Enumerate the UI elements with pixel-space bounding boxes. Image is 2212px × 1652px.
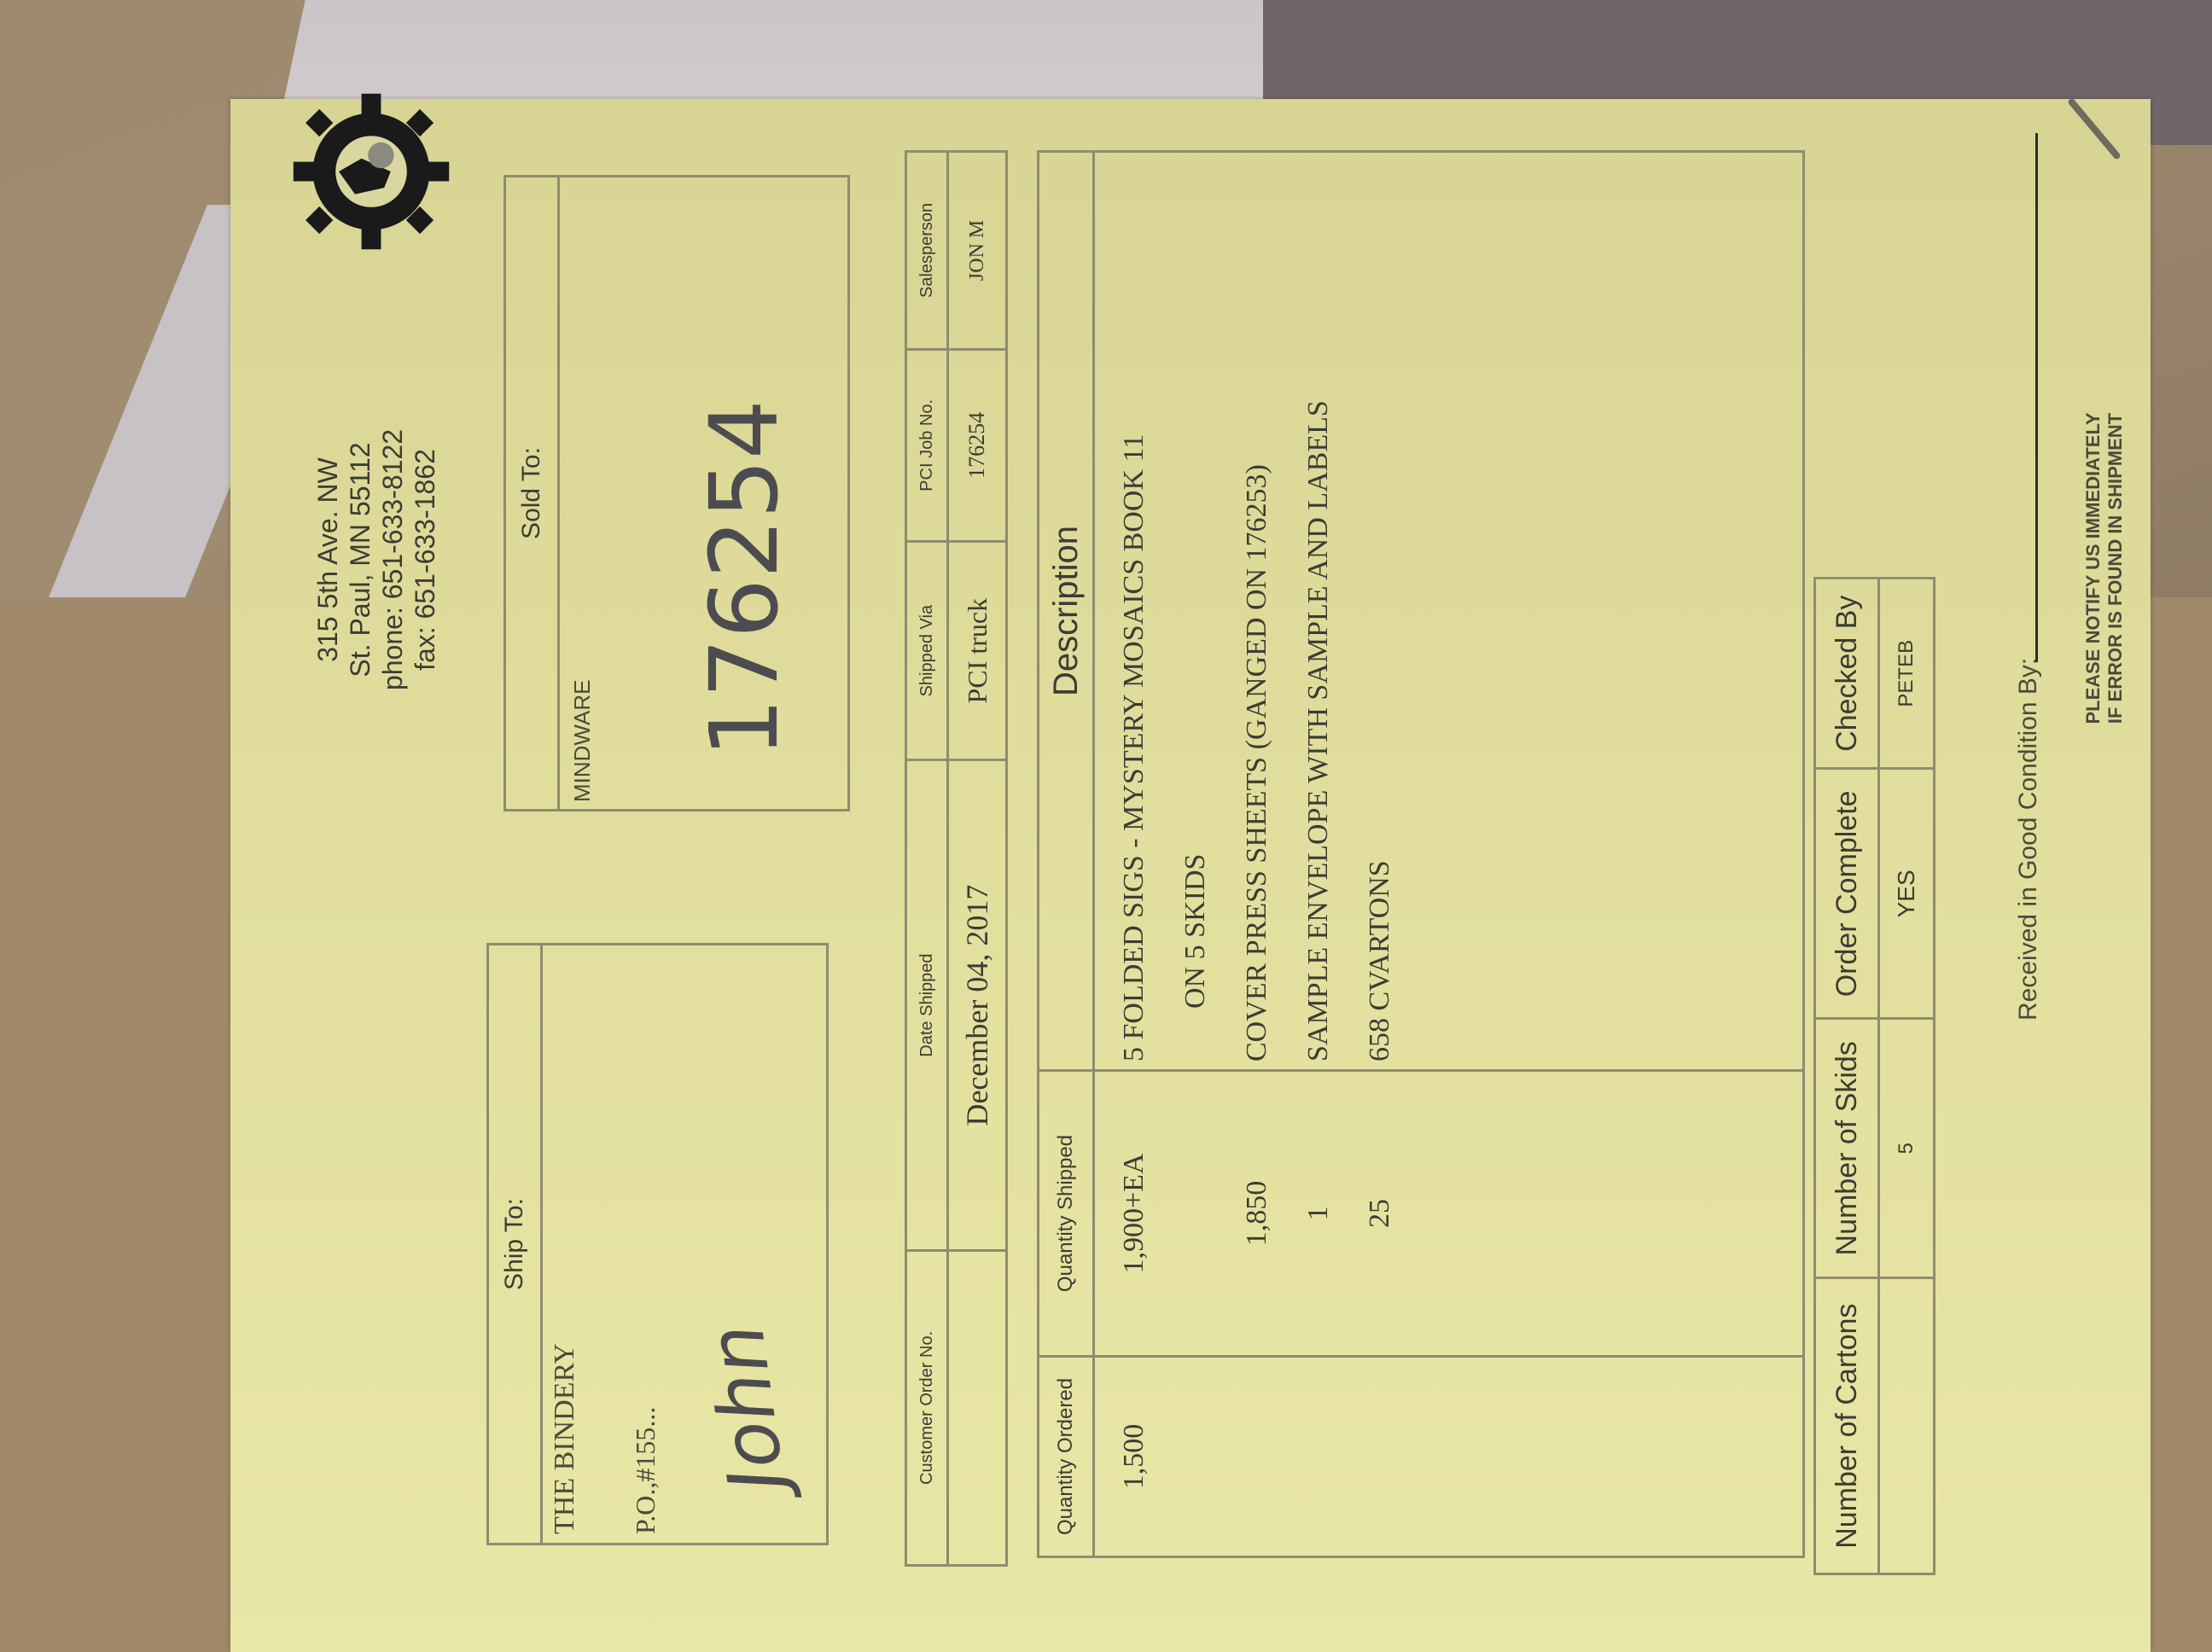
header-number-of-cartons: Number of Cartons bbox=[1815, 1278, 1879, 1574]
salesperson: JON M bbox=[948, 152, 1007, 350]
sold-to-label: Sold To: bbox=[506, 177, 560, 809]
shipped-via: PCI truck bbox=[948, 541, 1007, 759]
header-description: Description bbox=[1039, 152, 1094, 1071]
sold-to-name: MINDWARE bbox=[569, 680, 596, 802]
header-order-complete: Order Complete bbox=[1815, 769, 1879, 1019]
pci-job-no: 176254 bbox=[948, 349, 1007, 541]
qty-shipped-value bbox=[1165, 1073, 1226, 1354]
address-line: St. Paul, MN 55112 bbox=[344, 381, 376, 739]
qty-shipped-value: 25 bbox=[1349, 1073, 1411, 1354]
received-by-label: Received in Good Condition By: bbox=[2014, 658, 2043, 1021]
customer-order-no bbox=[948, 1250, 1007, 1565]
header-date-shipped: Date Shipped bbox=[906, 760, 948, 1250]
notice-line: PLEASE NOTIFY US IMMEDIATELY bbox=[2082, 355, 2104, 782]
description-line: 5 FOLDED SIGS - MYSTERY MOSAICS BOOK 11 bbox=[1103, 154, 1165, 1068]
description-column: 5 FOLDED SIGS - MYSTERY MOSAICS BOOK 11 … bbox=[1094, 152, 1804, 1071]
sold-to-box: Sold To: MINDWARE 176254 bbox=[504, 175, 850, 811]
error-notice: PLEASE NOTIFY US IMMEDIATELY IF ERROR IS… bbox=[2082, 355, 2127, 782]
header-number-of-skids: Number of Skids bbox=[1815, 1019, 1879, 1278]
description-line: 658 CVARTONS bbox=[1349, 154, 1411, 1068]
qty-shipped-value: 1,850 bbox=[1226, 1073, 1288, 1354]
gear-logo-icon bbox=[290, 90, 452, 253]
pen-mark bbox=[2067, 97, 2122, 160]
number-of-cartons bbox=[1879, 1278, 1935, 1574]
header-salesperson: Salesperson bbox=[906, 152, 948, 350]
qty-shipped-value: 1 bbox=[1288, 1073, 1349, 1354]
order-info-table: Customer Order No. Date Shipped Shipped … bbox=[905, 150, 1008, 1567]
header-quantity-ordered: Quantity Ordered bbox=[1039, 1357, 1094, 1557]
sold-to-handwriting: 176254 bbox=[690, 399, 799, 758]
line-items-table: Quantity Ordered Quantity Shipped Descri… bbox=[1037, 150, 1805, 1558]
ship-to-po: P.O.,#155... bbox=[630, 1407, 661, 1534]
ship-to-box: Ship To: THE BINDERY P.O.,#155... John bbox=[486, 943, 829, 1545]
packing-slip: 315 5th Ave. NW St. Paul, MN 55112 phone… bbox=[230, 99, 2151, 1652]
notice-line: IF ERROR IS FOUND IN SHIPMENT bbox=[2104, 355, 2127, 782]
description-line: COVER PRESS SHEETS (GANGED ON 176253) bbox=[1226, 154, 1288, 1068]
header-checked-by: Checked By bbox=[1815, 579, 1879, 769]
company-address: 315 5th Ave. NW St. Paul, MN 55112 phone… bbox=[311, 381, 441, 739]
number-of-skids: 5 bbox=[1879, 1019, 1935, 1278]
signature-line[interactable] bbox=[2035, 133, 2038, 662]
date-shipped: December 04, 2017 bbox=[948, 760, 1007, 1250]
header-shipped-via: Shipped Via bbox=[906, 541, 948, 759]
summary-table: Number of Cartons Number of Skids Order … bbox=[1813, 577, 1935, 1575]
checked-by: PETEB bbox=[1879, 579, 1935, 769]
order-complete: YES bbox=[1879, 769, 1935, 1019]
ship-to-name: THE BINDERY bbox=[549, 1343, 581, 1534]
quantity-ordered-column: 1,500 bbox=[1094, 1357, 1804, 1557]
qty-shipped-value: 1,900+EA bbox=[1103, 1073, 1165, 1354]
description-line: SAMPLE ENVELOPE WITH SAMPLE AND LABELS bbox=[1288, 154, 1349, 1068]
description-line: ON 5 SKIDS bbox=[1165, 154, 1226, 1068]
qty-ordered-value: 1,500 bbox=[1103, 1358, 1165, 1555]
address-line: 315 5th Ave. NW bbox=[311, 381, 344, 739]
ship-to-label: Ship To: bbox=[489, 945, 543, 1543]
header-pci-job-no: PCI Job No. bbox=[906, 349, 948, 541]
address-line: fax: 651-633-1862 bbox=[409, 381, 441, 739]
address-line: phone: 651-633-8122 bbox=[376, 381, 409, 739]
header-quantity-shipped: Quantity Shipped bbox=[1039, 1071, 1094, 1357]
ship-to-handwriting: John bbox=[691, 1319, 803, 1497]
header-customer-order-no: Customer Order No. bbox=[906, 1250, 948, 1565]
quantity-shipped-column: 1,900+EA 1,850 1 25 bbox=[1094, 1071, 1804, 1357]
